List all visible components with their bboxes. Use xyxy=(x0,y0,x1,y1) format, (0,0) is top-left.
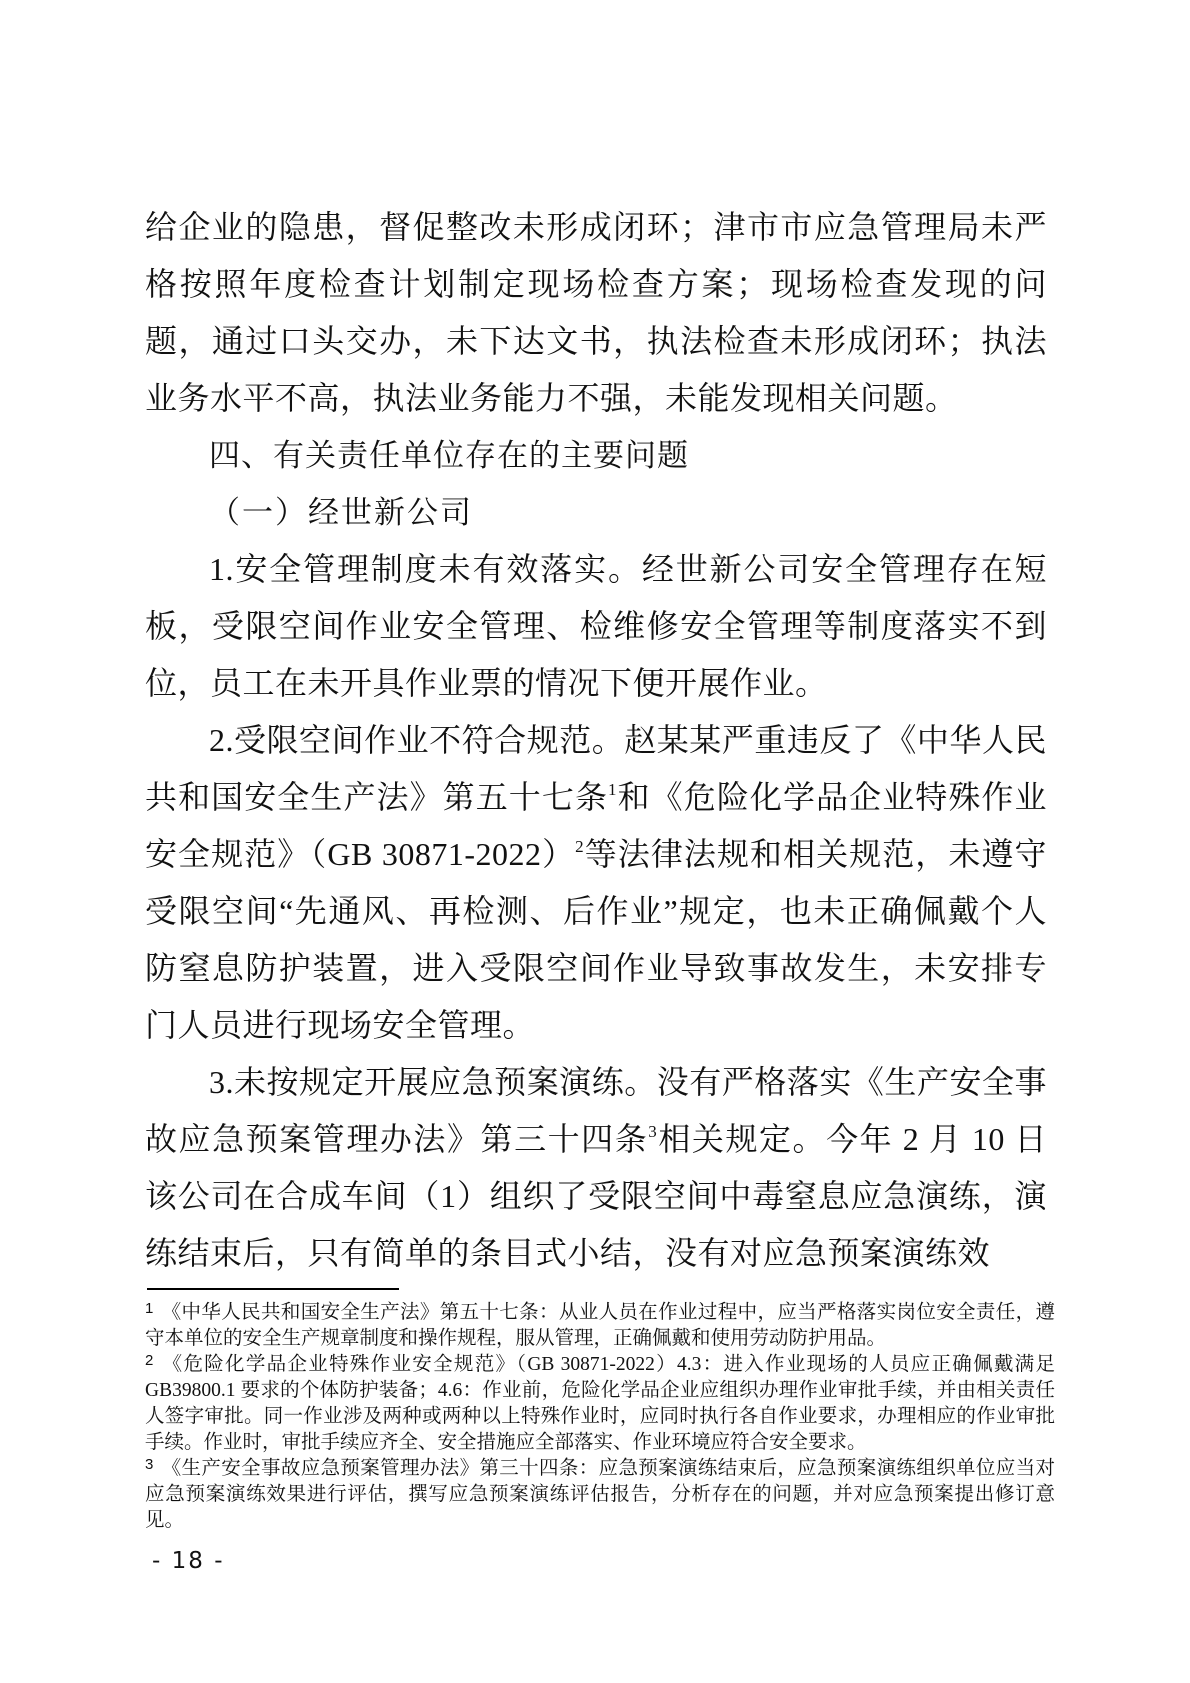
paragraph-1: 1.安全管理制度未有效落实。经世新公司安全管理存在短板，受限空间作业安全管理、检… xyxy=(145,541,1047,712)
footnote-2: 2《危险化学品企业特殊作业安全规范》（GB 30871-2022）4.3：进入作… xyxy=(145,1352,1055,1456)
footnote-2-text: 《危险化学品企业特殊作业安全规范》（GB 30871-2022）4.3：进入作业… xyxy=(145,1354,1055,1453)
page-number: - 18 - xyxy=(152,1548,225,1574)
footnote-ref-1: 1 xyxy=(608,780,617,799)
document-body: 给企业的隐患，督促整改未形成闭环；津市市应急管理局未严格按照年度检查计划制定现场… xyxy=(145,199,1047,1282)
footnote-1: 1《中华人民共和国安全生产法》第五十七条：从业人员在作业过程中，应当严格落实岗位… xyxy=(145,1300,1055,1352)
footnote-ref-2: 2 xyxy=(575,837,584,856)
footnote-ref-3: 3 xyxy=(648,1122,657,1141)
footnote-1-marker: 1 xyxy=(145,1300,153,1317)
footnote-3-text: 《生产安全事故应急预案管理办法》第三十四条：应急预案演练结束后，应急预案演练组织… xyxy=(145,1458,1055,1531)
footnote-3: 3《生产安全事故应急预案管理办法》第三十四条：应急预案演练结束后，应急预案演练组… xyxy=(145,1456,1055,1534)
section-heading: 四、有关责任单位存在的主要问题 xyxy=(145,427,1047,484)
footnote-3-marker: 3 xyxy=(145,1456,153,1473)
footnote-separator xyxy=(147,1288,399,1290)
document-page: 给企业的隐患，督促整改未形成闭环；津市市应急管理局未严格按照年度检查计划制定现场… xyxy=(0,0,1190,1683)
paragraph-continuation: 给企业的隐患，督促整改未形成闭环；津市市应急管理局未严格按照年度检查计划制定现场… xyxy=(145,199,1047,427)
paragraph-3: 3.未按规定开展应急预案演练。没有严格落实《生产安全事故应急预案管理办法》第三十… xyxy=(145,1054,1047,1282)
paragraph-2: 2.受限空间作业不符合规范。赵某某严重违反了《中华人民共和国安全生产法》第五十七… xyxy=(145,712,1047,1054)
footnote-2-marker: 2 xyxy=(145,1352,153,1369)
footnote-1-text: 《中华人民共和国安全生产法》第五十七条：从业人员在作业过程中，应当严格落实岗位安… xyxy=(145,1302,1055,1349)
footnote-section: 1《中华人民共和国安全生产法》第五十七条：从业人员在作业过程中，应当严格落实岗位… xyxy=(145,1288,1055,1534)
subsection-heading: （一）经世新公司 xyxy=(145,484,1047,541)
